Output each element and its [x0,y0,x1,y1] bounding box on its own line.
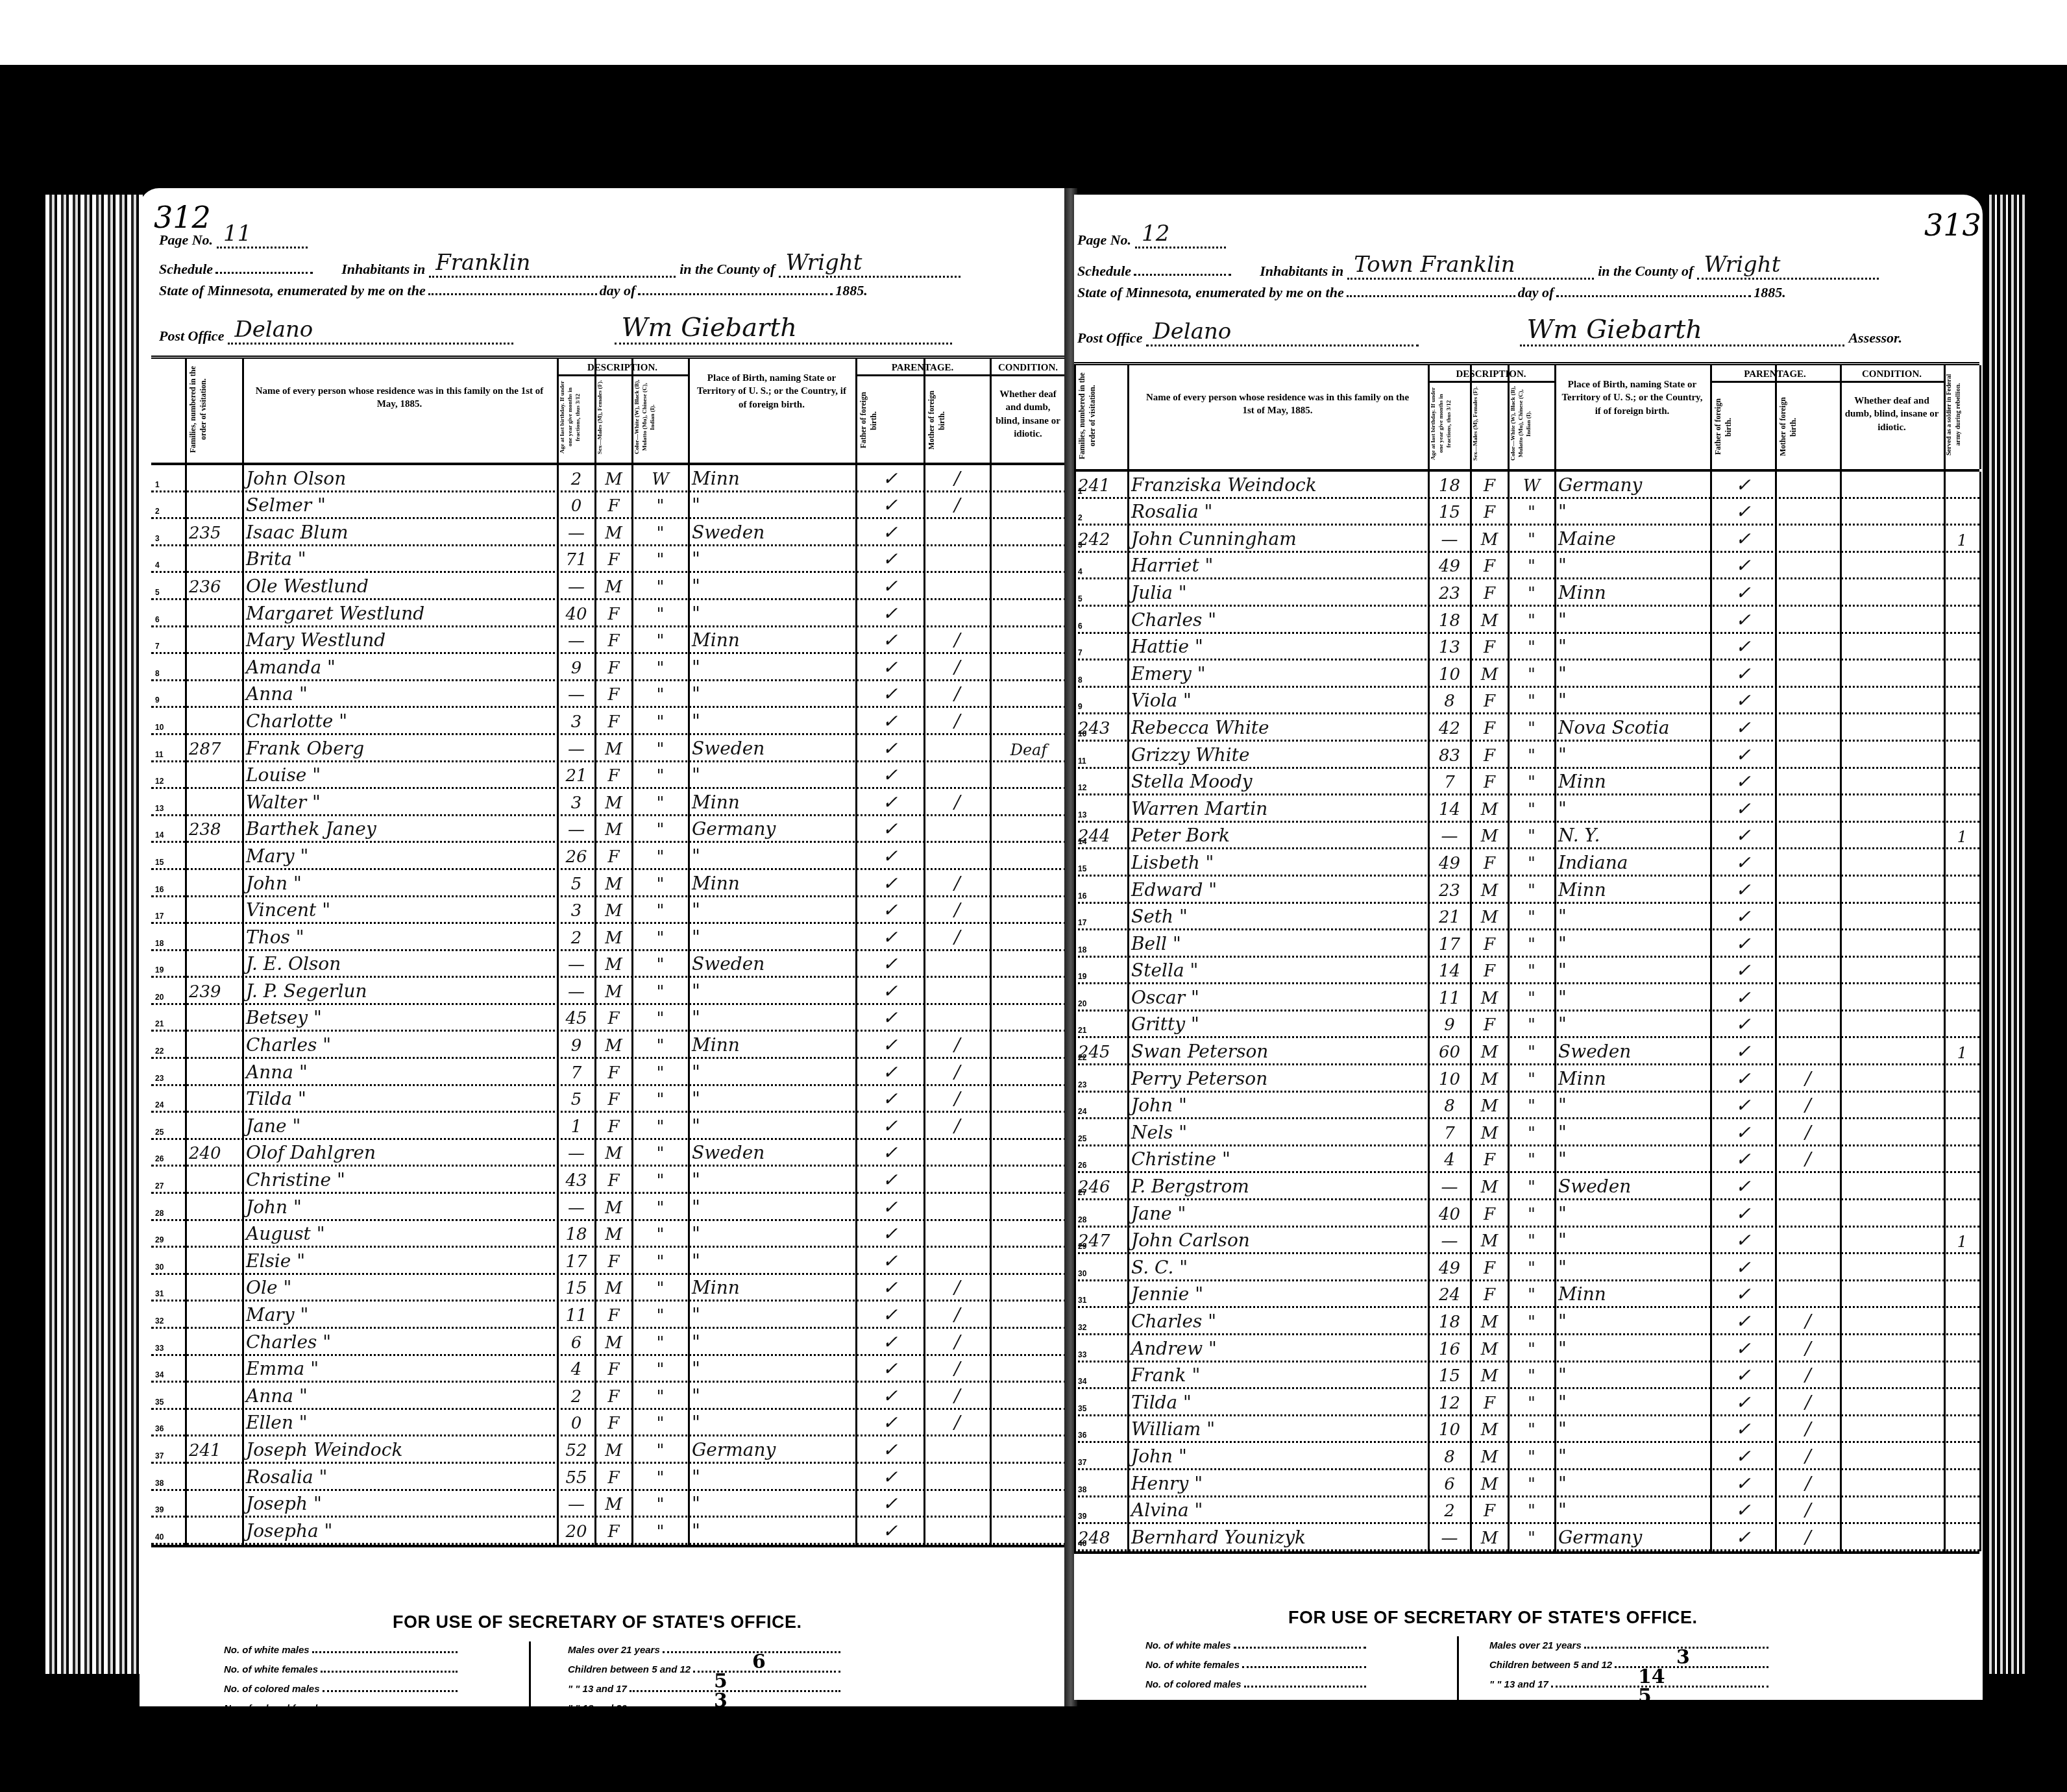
tally-fill: 3 [630,1710,840,1712]
table-row: 6Margaret Westlund40F""✓ [151,600,1066,627]
color: " [635,1410,685,1435]
row-number: 22 [155,1032,182,1057]
sex: M [598,1436,629,1462]
condition [994,1005,1064,1030]
mother-foreign-birth-mark [1779,553,1837,578]
condition [994,1032,1064,1057]
tally-label: Males over 21 years [568,1645,660,1656]
soldier-mark [1948,1470,1977,1495]
mother-foreign-birth-mark [1779,984,1837,1010]
mother-foreign-birth-mark [1779,472,1837,497]
age: — [561,1491,592,1516]
header-description: DESCRIPTION. [557,361,688,376]
soldier-mark [1948,1308,1977,1333]
sex: F [598,1356,629,1381]
table-row: 27246P. Bergstrom—M"Sweden✓ [1074,1173,1979,1200]
table-row: 32Mary "11F""✓/ [151,1302,1066,1329]
sex: F [598,1113,629,1138]
soldier-mark [1948,660,1977,686]
header-birthplace: Place of Birth, naming State or Territor… [694,372,849,411]
person-name: John Cunningham [1131,526,1425,551]
mother-foreign-birth-mark [927,1221,987,1246]
person-name: Julia " [1131,579,1425,605]
person-name: Warren Martin [1131,795,1425,821]
birthplace: " [692,1518,853,1543]
father-foreign-birth-mark: ✓ [859,654,921,679]
row-number: 33 [155,1329,182,1354]
table-row: 25Jane "1F""✓/ [151,1113,1066,1140]
row-number: 17 [155,897,182,923]
sex: F [1474,714,1505,740]
color: " [635,1383,685,1408]
column-divider [1554,365,1556,469]
condition [994,762,1064,788]
table-row: 33Andrew "16M""✓/ [1074,1335,1979,1362]
color: " [635,762,685,788]
mother-foreign-birth-mark [1779,1173,1837,1198]
family-number [189,843,239,868]
birthplace: " [1558,930,1707,956]
header-condition: CONDITION. [1840,368,1944,383]
color: " [1511,634,1552,659]
birthplace: N. Y. [1558,823,1707,848]
color: " [1511,795,1552,821]
birthplace: " [1558,1308,1707,1333]
row-number: 13 [155,789,182,814]
age: 4 [561,1356,592,1381]
family-number [189,708,239,733]
color: " [635,1059,685,1084]
birthplace: Minn [692,1032,853,1057]
header-condition-text: Whether deaf and dumb, blind, insane or … [1844,394,1940,434]
census-table-right: Families, numbered in the order of visit… [1074,362,1979,1554]
table-row: 38Henry "6M""✓/ [1074,1470,1979,1497]
person-name: Tilda " [246,1086,554,1111]
birthplace: " [692,1356,853,1381]
condition [1844,1254,1941,1279]
color: " [1511,930,1552,956]
condition [994,1194,1064,1219]
family-number [189,789,239,814]
color: " [635,708,685,733]
soldier-mark [1948,984,1977,1010]
schedule-label: Schedule [159,261,213,278]
age: 49 [1432,1254,1467,1279]
age: 10 [1432,1416,1467,1442]
person-name: Charles " [1131,607,1425,632]
sex: F [598,492,629,518]
sex: F [1474,1200,1505,1226]
family-number: 238 [189,816,239,842]
soldier-mark [1948,579,1977,605]
person-name: Rebecca White [1131,714,1425,740]
header-age: Age at last birthday. If under one year … [1429,385,1469,463]
mother-foreign-birth-mark [1779,769,1837,794]
age: 18 [1432,1308,1467,1333]
table-row: 16Edward "23M"Minn✓ [1074,877,1979,904]
family-number [1078,634,1125,659]
age: — [561,816,592,842]
post-office-value: Delano [1146,319,1419,346]
page-no-value: 12 [1135,221,1226,248]
family-number [189,1302,239,1327]
age: 7 [1432,769,1467,794]
table-row: 24John "8M""✓/ [1074,1093,1979,1120]
tally-fill [1244,1686,1366,1688]
age: 6 [561,1329,592,1354]
color: " [635,1005,685,1030]
person-name: Barthek Janey [246,816,554,842]
sex: M [598,1491,629,1516]
soldier-mark [1948,607,1977,632]
person-name: Swan Peterson [1131,1038,1425,1063]
person-name: Bernhard Younizyk [1131,1524,1425,1549]
mother-foreign-birth-mark [927,519,987,544]
sex: F [1474,1281,1505,1307]
father-foreign-birth-mark: ✓ [1714,1497,1772,1523]
table-row: 28John "—M""✓ [151,1194,1066,1221]
father-foreign-birth-mark: ✓ [859,1518,921,1543]
age: — [561,1140,592,1165]
age: — [1432,1524,1467,1549]
soldier-mark [1948,688,1977,713]
family-number [1078,1416,1125,1442]
tally-total: 14 [737,1734,779,1760]
age: — [561,681,592,707]
color: " [1511,1470,1552,1495]
tally-line: " " 18 and 205 [1489,1690,1768,1710]
age: 5 [561,870,592,895]
color: " [1511,499,1552,524]
sex: M [598,816,629,842]
mother-foreign-birth-mark [1779,579,1837,605]
table-header: Families, numbered in the order of visit… [1074,365,1979,472]
mother-foreign-birth-mark [1779,1200,1837,1226]
table-row: 5236Ole Westlund—M""✓ [151,573,1066,600]
father-foreign-birth-mark: ✓ [1714,1173,1772,1198]
father-foreign-birth-mark: ✓ [1714,634,1772,659]
row-number: 5 [155,573,182,598]
condition: Deaf [994,735,1064,760]
family-number [189,1221,239,1246]
family-number [1078,1254,1125,1279]
tally-line: " " 13 and 1714 [1489,1671,1768,1690]
birthplace: Germany [692,816,853,842]
mother-foreign-birth-mark [927,951,987,976]
person-name: John Carlson [1131,1228,1425,1253]
table-row: 8Emery "10M""✓ [1074,660,1979,688]
header-soldier: Served as a soldier in Federal army duri… [1945,369,1978,460]
condition [994,1436,1064,1462]
row-number: 30 [155,1248,182,1273]
mother-foreign-birth-mark [1779,526,1837,551]
condition [994,708,1064,733]
age: — [561,978,592,1003]
mother-foreign-birth-mark [927,573,987,598]
person-name: Anna " [246,681,554,707]
birthplace: " [1558,1389,1707,1414]
tally-line: No. of white females [1145,1651,1366,1671]
table-row: 17Vincent "3M""✓/ [151,897,1066,925]
age: 7 [1432,1119,1467,1144]
table-row: 20239J. P. Segerlun—M""✓ [151,978,1066,1005]
table-row: 31Jennie "24F"Minn✓ [1074,1281,1979,1309]
year-label: 1885. [1754,284,1786,301]
condition [1844,1389,1941,1414]
sex: M [598,573,629,598]
color: " [1511,1038,1552,1063]
page-no-label: Page No. [1077,232,1131,248]
mother-foreign-birth-mark [927,1436,987,1462]
family-number [189,1410,239,1435]
age: 9 [561,654,592,679]
table-row: 40248Bernhard Younizyk—M"Germany✓/ [1074,1524,1979,1551]
condition [994,1248,1064,1273]
father-foreign-birth-mark: ✓ [1714,742,1772,767]
table-row: 23Anna "7F""✓/ [151,1059,1066,1086]
family-number [189,951,239,976]
birthplace: Minn [1558,579,1707,605]
table-row: 31Ole "15M"Minn✓/ [151,1275,1066,1302]
soldier-mark [1948,1335,1977,1361]
age: 18 [1432,472,1467,497]
person-name: Rosalia " [246,1464,554,1489]
birthplace: " [692,573,853,598]
color: " [635,1221,685,1246]
mother-foreign-birth-mark: / [1779,1335,1837,1361]
mother-foreign-birth-mark [927,546,987,572]
condition [1844,1119,1941,1144]
mother-foreign-birth-mark: / [927,681,987,707]
father-foreign-birth-mark: ✓ [859,978,921,1003]
tally-line: Males over 21 years [568,1636,840,1656]
bottom-note: 36 [1486,1727,1517,1756]
table-row: 34Frank "15M""✓/ [1074,1362,1979,1390]
margin-page-number: 313 [1924,208,1981,243]
table-row: 17Seth "21M""✓ [1074,904,1979,931]
assessor-signature: Wm Giebarth [615,313,952,345]
age: 42 [1432,714,1467,740]
person-name: Charlotte " [246,708,554,733]
sex: F [598,600,629,625]
column-divider [1979,365,1981,469]
sex: M [1474,795,1505,821]
column-divider [242,359,244,463]
soldier-mark [1948,795,1977,821]
mother-foreign-birth-mark [927,816,987,842]
birthplace: " [1558,1470,1707,1495]
table-row: 22245Swan Peterson60M"Sweden✓1 [1074,1038,1979,1065]
condition [1844,742,1941,767]
condition [1844,1038,1941,1063]
father-foreign-birth-mark: ✓ [859,1491,921,1516]
condition [994,1410,1064,1435]
age: 18 [1432,607,1467,632]
table-row: 3242John Cunningham—M"Maine✓1 [1074,526,1979,553]
header-parentage: PARENTAGE. [1710,368,1840,383]
color: " [1511,1119,1552,1144]
family-number [189,1167,239,1192]
family-number [189,1194,239,1219]
post-office-label: Post Office [159,328,224,345]
table-row: 9Anna "—F""✓/ [151,681,1066,708]
father-foreign-birth-mark: ✓ [859,816,921,842]
age: 52 [561,1436,592,1462]
tally-label: No. of white females [1145,1660,1240,1671]
color: " [1511,1254,1552,1279]
table-row: 33Charles "6M""✓/ [151,1329,1066,1356]
father-foreign-birth-mark: ✓ [859,573,921,598]
soldier-mark [1948,1119,1977,1144]
mother-foreign-birth-mark [1779,795,1837,821]
color: " [635,573,685,598]
condition [994,1491,1064,1516]
table-row: 28Jane "40F""✓ [1074,1200,1979,1228]
mother-foreign-birth-mark: / [1779,1119,1837,1144]
birthplace: " [1558,984,1707,1010]
father-foreign-birth-mark: ✓ [1714,607,1772,632]
family-number [189,924,239,949]
condition [994,870,1064,895]
father-foreign-birth-mark: ✓ [859,1248,921,1273]
father-foreign-birth-mark: ✓ [1714,579,1772,605]
age: 71 [561,546,592,572]
father-foreign-birth-mark: ✓ [859,1356,921,1381]
table-row: 20Oscar "11M""✓ [1074,984,1979,1011]
header-name: Name of every person whose residence was… [255,385,544,411]
table-row: 19J. E. Olson—M"Sweden✓ [151,951,1066,978]
condition [994,1059,1064,1084]
age: 17 [561,1248,592,1273]
table-row: 25Nels "7M""✓/ [1074,1119,1979,1146]
age: 14 [1432,958,1467,983]
table-row: 12Louise "21F""✓ [151,762,1066,790]
father-foreign-birth-mark: ✓ [859,627,921,653]
birthplace: " [692,546,853,572]
person-name: Olof Dahlgren [246,1140,554,1165]
sex: F [1474,1146,1505,1172]
condition [994,1518,1064,1543]
sex: F [1474,958,1505,983]
family-number [1078,849,1125,875]
assessor-label: Assessor. [1848,330,1902,346]
family-number [189,897,239,923]
person-name: Edward " [1131,877,1425,902]
header-family-number: Families, numbered in the order of visit… [188,364,239,455]
sex: F [598,627,629,653]
father-foreign-birth-mark: ✓ [859,465,921,490]
color: " [635,897,685,923]
tally-fill [312,1651,458,1653]
tally-fill [321,1671,458,1673]
table-row: 22Charles "9M"Minn✓/ [151,1032,1066,1059]
row-number: 35 [155,1383,182,1408]
sex: F [1474,579,1505,605]
condition [994,1140,1064,1165]
condition [994,1383,1064,1408]
father-foreign-birth-mark: ✓ [859,1167,921,1192]
person-name: John " [1131,1093,1425,1118]
color: " [635,816,685,842]
family-number [1078,1443,1125,1468]
person-name: S. C. " [1131,1254,1425,1279]
age: 21 [1432,904,1467,929]
sex: F [598,1086,629,1111]
age: 21 [561,762,592,788]
header-condition-text: Whether deaf and dumb, blind, insane or … [994,388,1062,441]
person-name: Brita " [246,546,554,572]
age: 0 [561,1410,592,1435]
table-row: 30S. C. "49F""✓ [1074,1254,1979,1281]
birthplace: " [1558,607,1707,632]
tally-fill: 5 [1551,1705,1768,1707]
condition [994,1464,1064,1489]
sex: F [1474,553,1505,578]
color: " [635,1464,685,1489]
person-name: Alvina " [1131,1497,1425,1523]
table-row: 30Elsie "17F""✓ [151,1248,1066,1275]
person-name: Charles " [246,1329,554,1354]
mother-foreign-birth-mark: / [927,1410,987,1435]
mother-foreign-birth-mark: / [1779,1146,1837,1172]
person-name: Seth " [1131,904,1425,929]
person-name: Gritty " [1131,1011,1425,1037]
color: " [635,1248,685,1273]
age: 4 [1432,1146,1467,1172]
father-foreign-birth-mark: ✓ [1714,1038,1772,1063]
person-name: Charles " [246,1032,554,1057]
table-row: 3235Isaac Blum—M"Sweden✓ [151,519,1066,546]
family-number [189,492,239,518]
father-foreign-birth-mark: ✓ [1714,688,1772,713]
header-sex: Sex—Males (M), Females (F). [1471,385,1506,463]
row-number: 26 [155,1140,182,1165]
age: 2 [561,1383,592,1408]
table-row: 15Mary "26F""✓ [151,843,1066,870]
person-name: Frank " [1131,1362,1425,1388]
sex: F [598,1518,629,1543]
table-row: 24Tilda "5F""✓/ [151,1086,1066,1113]
table-row: 7Hattie "13F""✓ [1074,634,1979,661]
column-divider [1979,472,1981,1551]
soldier-mark: 1 [1948,823,1977,848]
tally-left-block: No. of white malesNo. of white femalesNo… [1145,1632,1366,1710]
mother-foreign-birth-mark: / [1779,1524,1837,1549]
family-number [1078,1281,1125,1307]
birthplace: " [1558,795,1707,821]
table-row: 7Mary Westlund—F"Minn✓/ [151,627,1066,655]
tally-fill [663,1651,840,1653]
family-number [189,870,239,895]
color: " [1511,1281,1552,1307]
age: 8 [1432,688,1467,713]
family-number [189,1005,239,1030]
tally-total: 22 [1671,1729,1713,1756]
color: " [635,1086,685,1111]
color: " [1511,1065,1552,1091]
mother-foreign-birth-mark [927,1167,987,1192]
father-foreign-birth-mark: ✓ [859,1410,921,1435]
mother-foreign-birth-mark: / [927,1059,987,1084]
father-foreign-birth-mark: ✓ [1714,1200,1772,1226]
sex: F [598,681,629,707]
sex: M [598,789,629,814]
birthplace: Minn [692,789,853,814]
tally-label: No. of colored males [1145,1679,1241,1690]
mother-foreign-birth-mark [1779,904,1837,929]
post-office-value: Delano [228,317,513,345]
father-foreign-birth-mark: ✓ [859,1221,921,1246]
